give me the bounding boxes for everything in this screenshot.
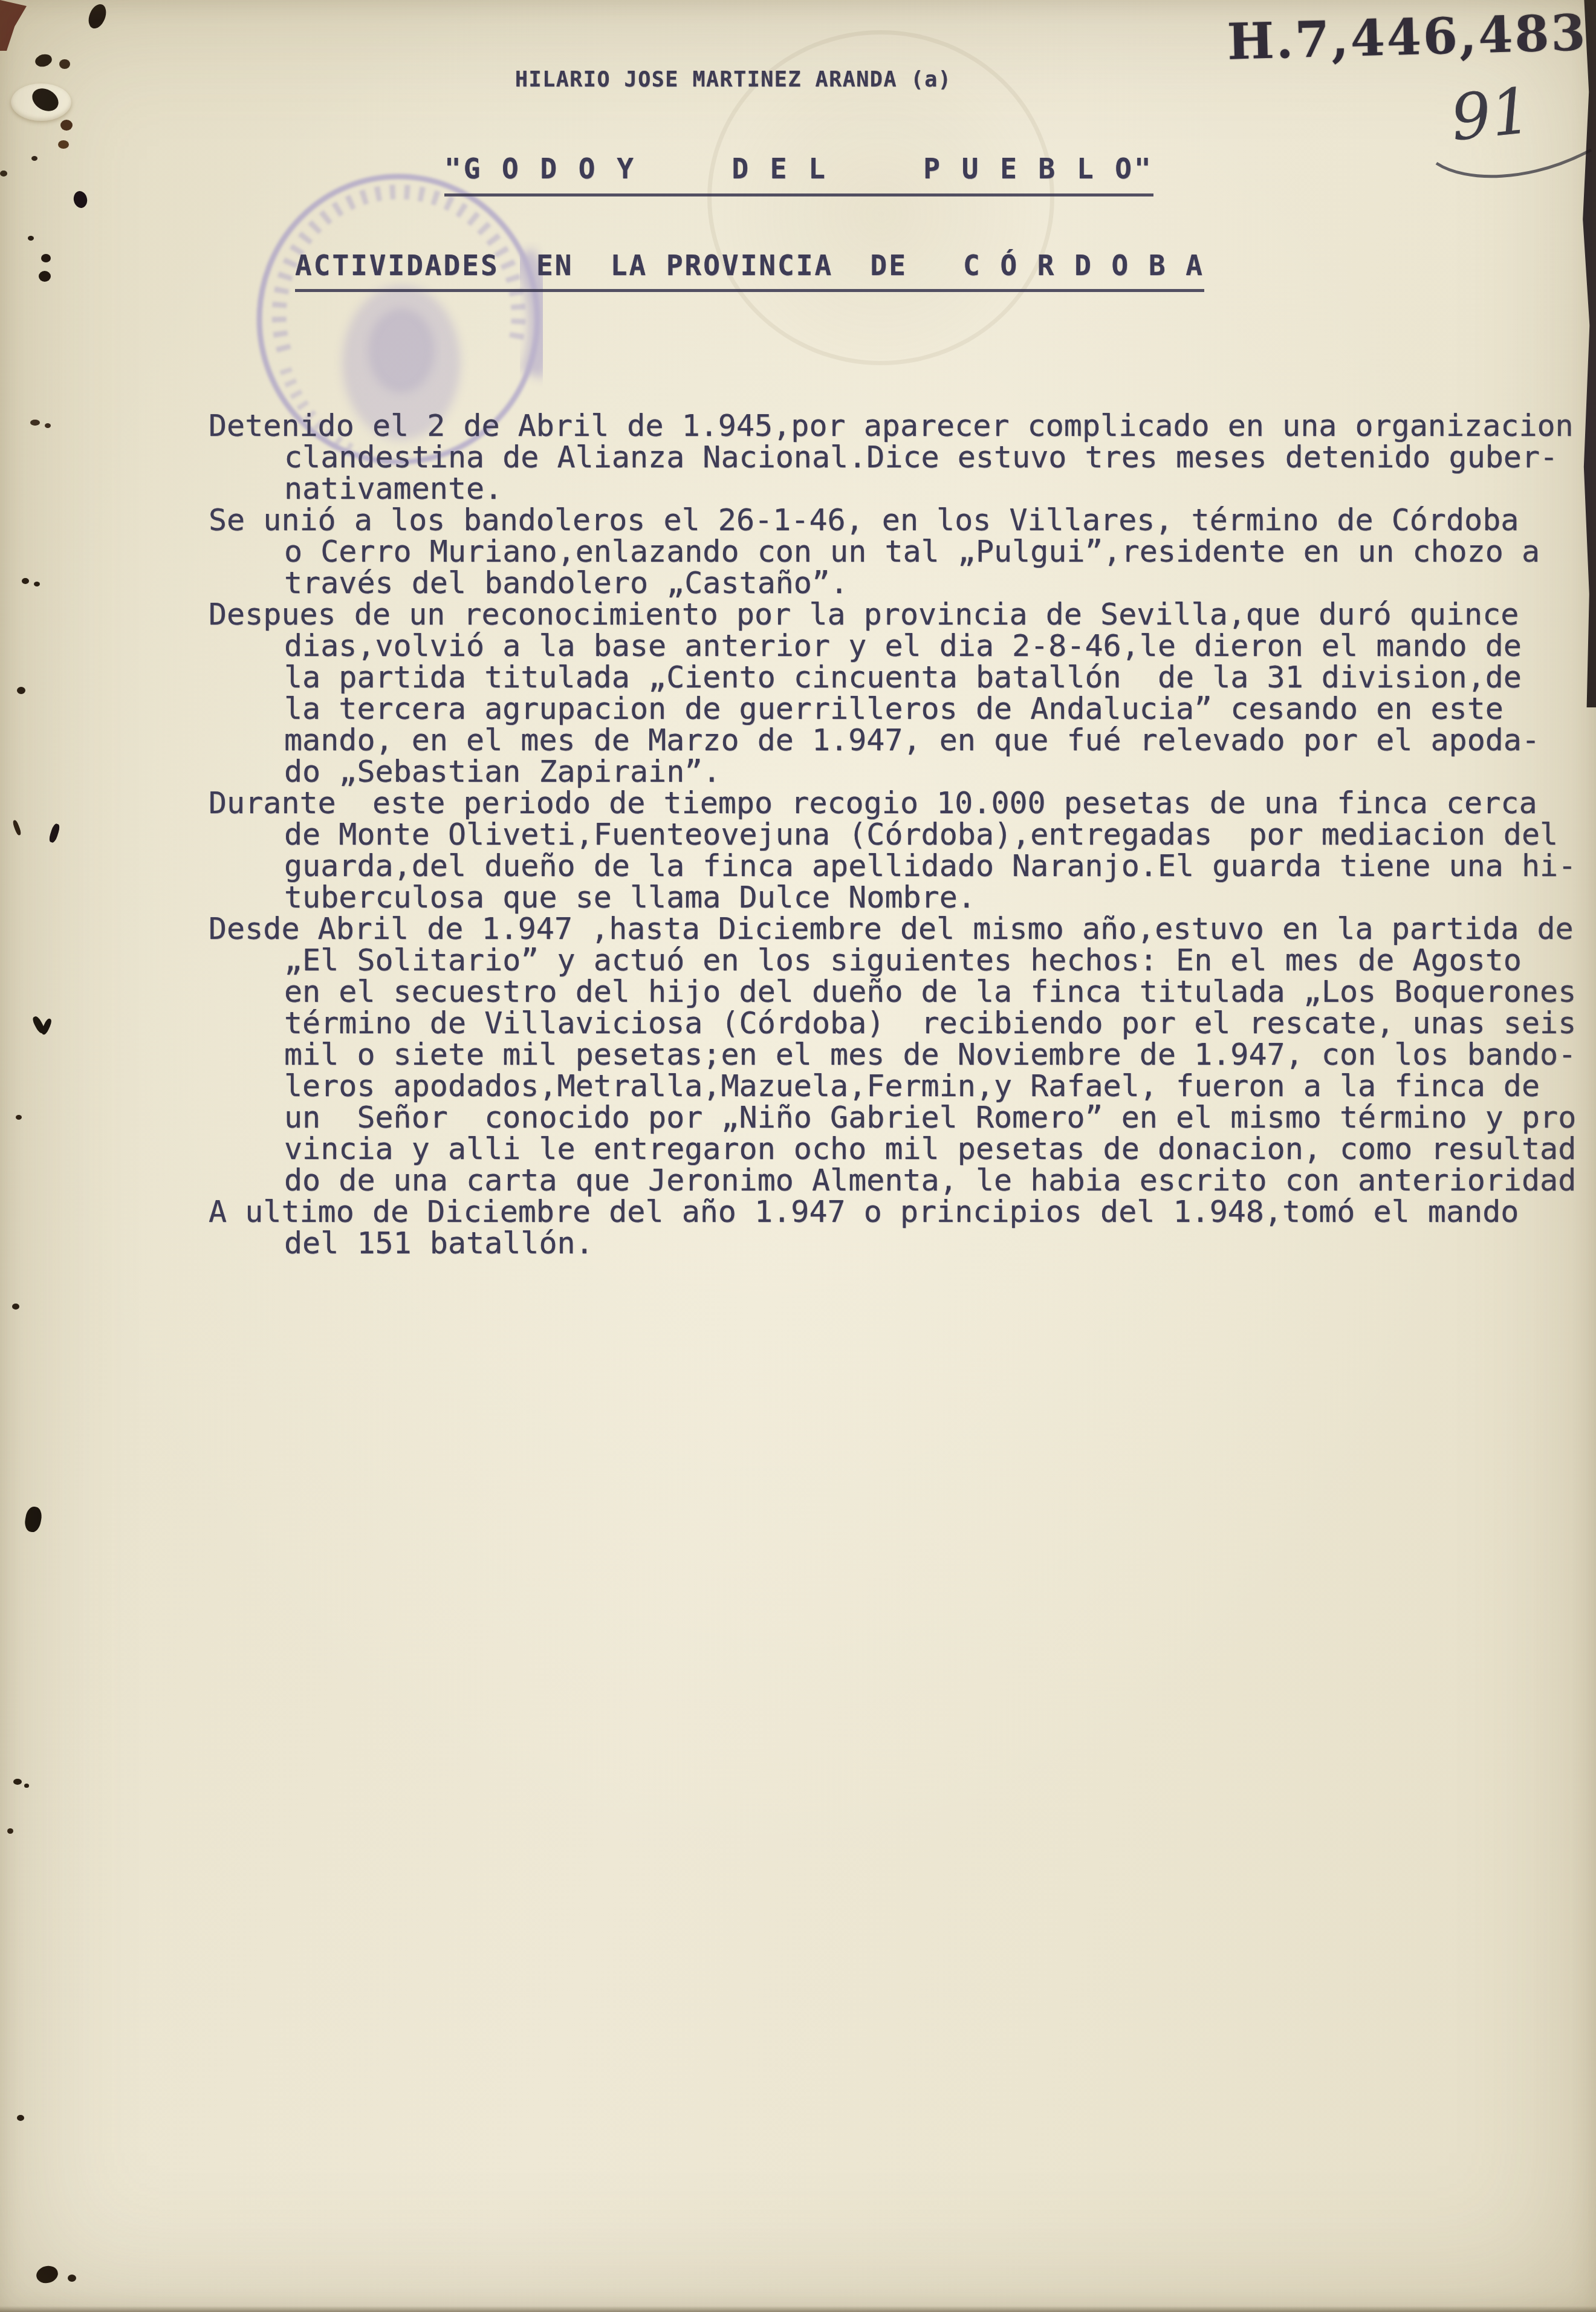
handwritten-underline-swash <box>1409 91 1596 187</box>
body-line: clandestina de Alianza Nacional.Dice est… <box>0 441 1596 473</box>
reference-number-stamp: H.7,446,483 <box>1227 4 1588 71</box>
document-subtitle: ACTIVIDADES EN LA PROVINCIA DE C Ó R D O… <box>295 249 1204 292</box>
body-text: Detenido el 2 de Abril de 1.945,por apar… <box>0 410 1596 1259</box>
body-line: través del bandolero „Castaño”. <box>0 567 1596 599</box>
body-line: nativamente. <box>0 473 1596 504</box>
body-line: tuberculosa que se llama Dulce Nombre. <box>0 882 1596 913</box>
body-line: A ultimo de Diciembre del año 1.947 o pr… <box>0 1196 1596 1227</box>
body-line: Despues de un reconocimiento por la prov… <box>0 599 1596 630</box>
body-line: del 151 batallón. <box>0 1227 1596 1259</box>
header-name: HILARIO JOSE MARTINEZ ARANDA (a) <box>515 68 952 92</box>
top-left-stain <box>0 0 27 51</box>
body-line: dias,volvió a la base anterior y el dia … <box>0 630 1596 661</box>
body-line: leros apodados,Metralla,Mazuela,Fermin,y… <box>0 1070 1596 1102</box>
body-line: „El Solitario” y actuó en los siguientes… <box>0 944 1596 976</box>
scanned-document-page: HILARIO JOSE MARTINEZ ARANDA (a) H.7,446… <box>0 0 1596 2312</box>
body-line: de Monte Oliveti,Fuenteovejuna (Córdoba)… <box>0 819 1596 850</box>
body-line: la tercera agrupacion de guerrilleros de… <box>0 693 1596 724</box>
body-line: do de una carta que Jeronimo Almenta, le… <box>0 1164 1596 1196</box>
body-line: Durante este periodo de tiempo recogio 1… <box>0 787 1596 819</box>
bottom-edge-shadow <box>0 2306 1596 2312</box>
body-line: término de Villaviciosa (Córdoba) recibi… <box>0 1007 1596 1039</box>
body-line: do „Sebastian Zapirain”. <box>0 756 1596 787</box>
body-line: en el secuestro del hijo del dueño de la… <box>0 976 1596 1007</box>
body-line: mil o siete mil pesetas;en el mes de Nov… <box>0 1039 1596 1070</box>
document-title: "G O D O Y D E L P U E B L O" <box>444 152 1153 196</box>
body-line: Detenido el 2 de Abril de 1.945,por apar… <box>0 410 1596 441</box>
body-line: guarda,del dueño de la finca apellidado … <box>0 850 1596 882</box>
body-line: la partida titulada „Ciento cincuenta ba… <box>0 661 1596 693</box>
body-line: mando, en el mes de Marzo de 1.947, en q… <box>0 724 1596 756</box>
body-line: un Señor conocido por „Niño Gabriel Rome… <box>0 1102 1596 1133</box>
body-line: Desde Abril de 1.947 ,hasta Diciembre de… <box>0 913 1596 944</box>
body-line: vincia y alli le entregaron ocho mil pes… <box>0 1133 1596 1164</box>
body-line: Se unió a los bandoleros el 26-1-46, en … <box>0 504 1596 536</box>
body-line: o Cerro Muriano,enlazando con un tal „Pu… <box>0 536 1596 567</box>
